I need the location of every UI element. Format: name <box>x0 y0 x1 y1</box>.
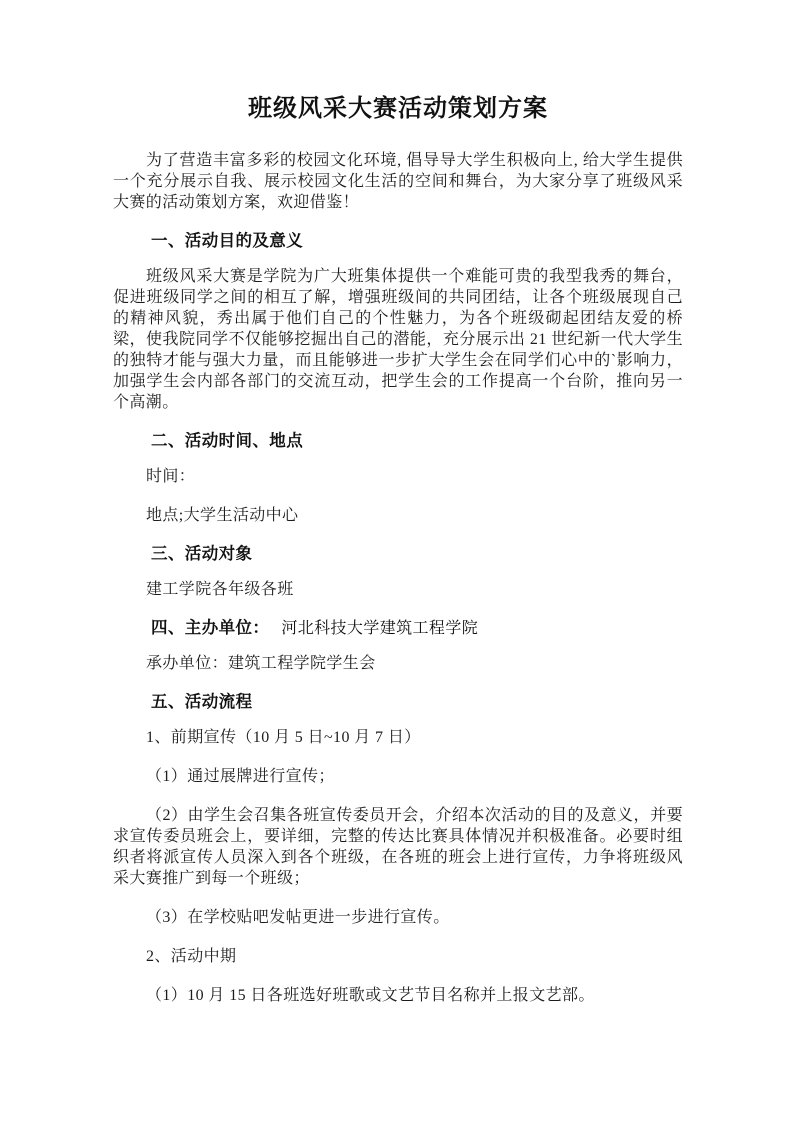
section-3-heading: 三、活动对象 <box>113 544 683 565</box>
section-1-heading: 一、活动目的及意义 <box>113 231 683 252</box>
phase-1-item-1: （1）通过展牌进行宣传； <box>113 766 683 787</box>
section-2-heading: 二、活动时间、地点 <box>113 431 683 452</box>
time-line: 时间： <box>113 466 683 487</box>
host-label: 四、主办单位： <box>151 619 269 637</box>
phase-1-item-3: （3）在学校贴吧发帖更进一步进行宣传。 <box>113 907 683 928</box>
place-line: 地点;大学生活动中心 <box>113 505 683 526</box>
section-5-heading: 五、活动流程 <box>113 692 683 713</box>
organizer-line: 承办单位：建筑工程学院学生会 <box>113 653 683 674</box>
section-1-body: 班级风采大赛是学院为广大班集体提供一个难能可贵的我型我秀的舞台，促进班级同学之间… <box>113 266 683 413</box>
section-4-heading: 四、主办单位：河北科技大学建筑工程学院 <box>113 618 683 639</box>
phase-2-item-1: （1）10 月 15 日各班选好班歌或文艺节目名称并上报文艺部。 <box>113 985 683 1006</box>
phase-2-title: 2、活动中期 <box>113 946 683 967</box>
document-title: 班级风采大赛活动策划方案 <box>113 95 683 122</box>
audience-line: 建工学院各年级各班 <box>113 579 683 600</box>
host-value: 河北科技大学建筑工程学院 <box>281 620 478 637</box>
phase-1-title: 1、前期宣传（10 月 5 日~10 月 7 日） <box>113 727 683 748</box>
document-page: 班级风采大赛活动策划方案 为了营造丰富多彩的校园文化环境, 倡导导大学生积极向上… <box>0 0 793 1122</box>
phase-1-item-2: （2）由学生会召集各班宣传委员开会，介绍本次活动的目的及意义，并要求宣传委员班会… <box>113 805 683 889</box>
intro-paragraph: 为了营造丰富多彩的校园文化环境, 倡导导大学生积极向上, 给大学生提供一个充分展… <box>113 150 683 213</box>
